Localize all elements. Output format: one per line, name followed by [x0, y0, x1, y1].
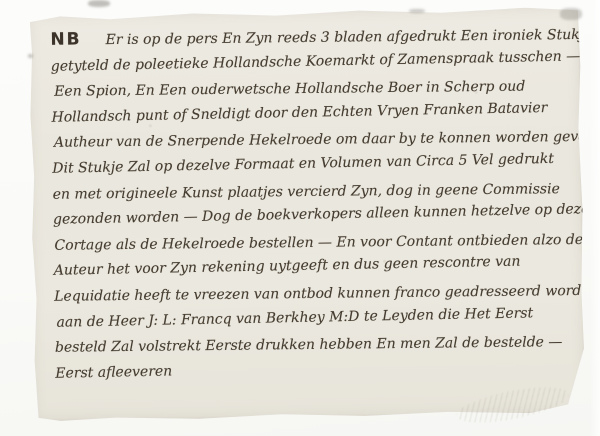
- paper-sheet: NBEr is op de pers En Zyn reeds 3 bladen…: [27, 5, 586, 422]
- scan-edge-highlight: [590, 0, 600, 436]
- ink-smudge-top-right: [560, 8, 582, 20]
- scanned-document: NBEr is op de pers En Zyn reeds 3 bladen…: [0, 0, 600, 436]
- manuscript-text: NBEr is op de pers En Zyn reeds 3 bladen…: [50, 20, 575, 387]
- speck-left-edge: [28, 54, 33, 58]
- ink-smudge-top-left: [88, 0, 110, 7]
- ink-smudge-top-middle: [409, 9, 425, 13]
- nb-label: NB: [50, 29, 81, 49]
